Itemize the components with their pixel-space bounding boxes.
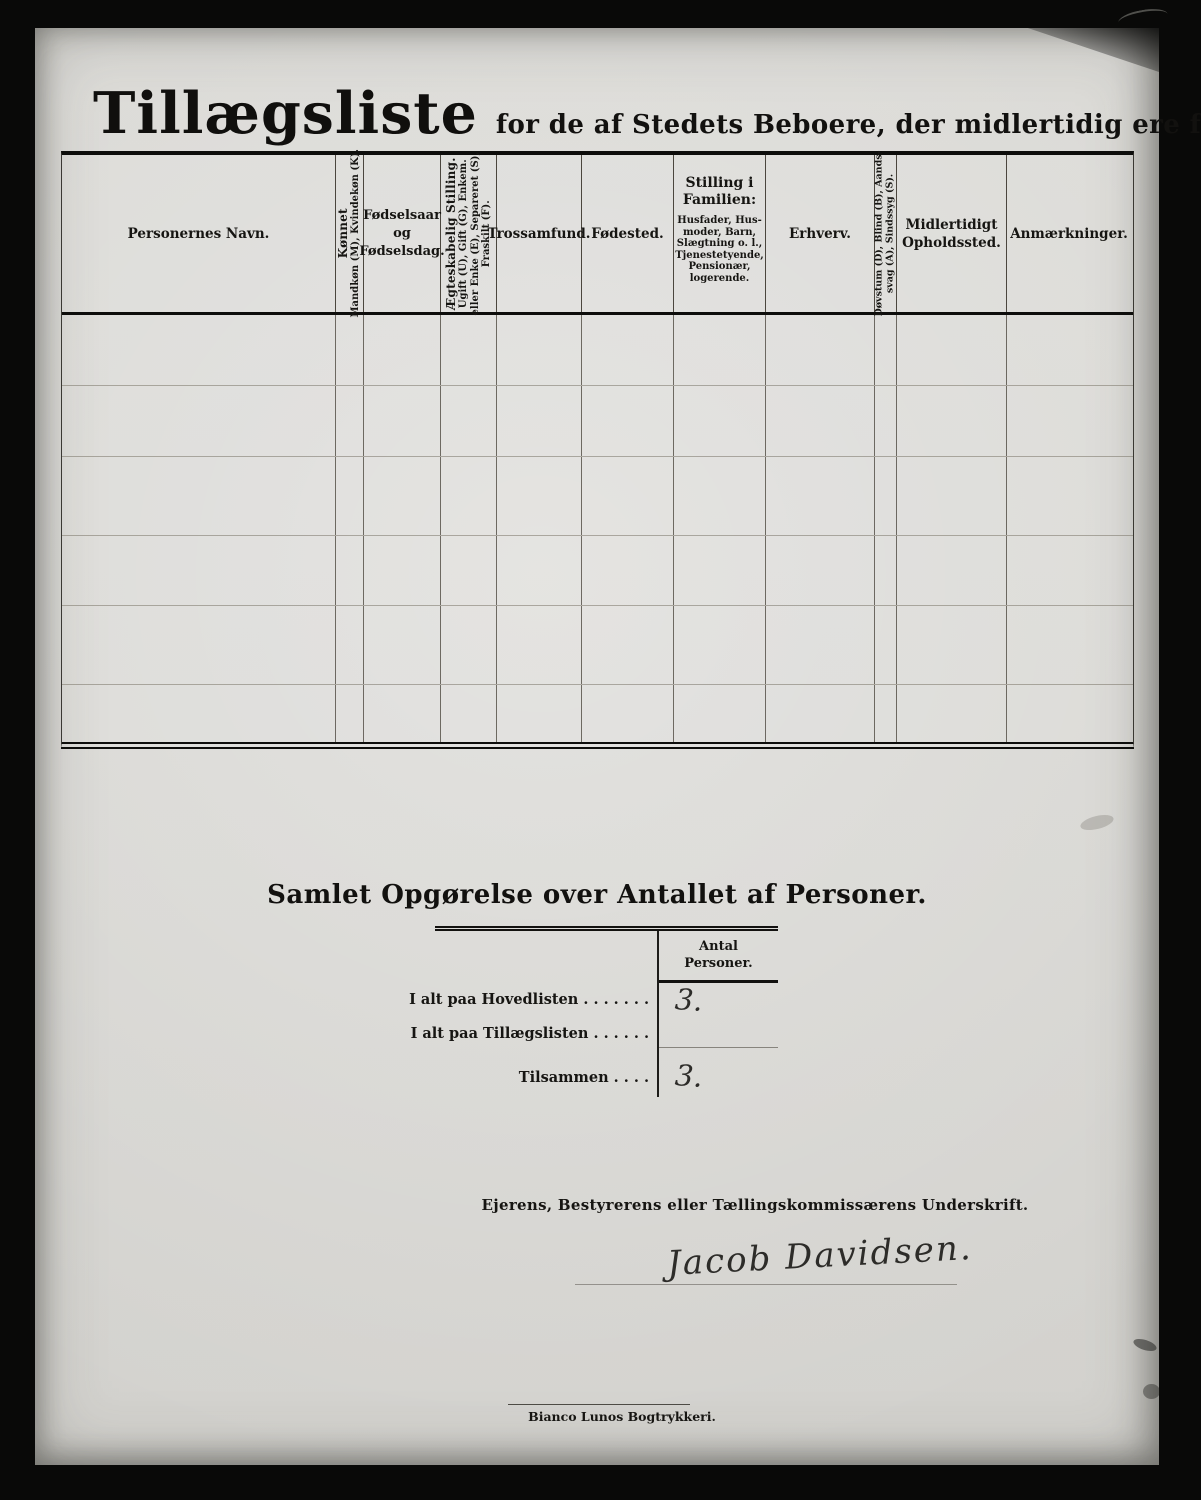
table-cell bbox=[497, 315, 582, 385]
table-row bbox=[62, 386, 1133, 457]
table-cell bbox=[875, 457, 897, 535]
table-cell bbox=[674, 606, 766, 684]
table-cell bbox=[582, 606, 674, 684]
table-cell bbox=[497, 685, 582, 742]
column-header-aegteskabelig-stilling: Ægteskabelig Stilling. Ugift (U), Gift (… bbox=[441, 155, 497, 312]
table-cell bbox=[336, 457, 364, 535]
summary-tilsammen-value-handwritten: 3. bbox=[674, 1058, 704, 1094]
table-cell bbox=[336, 315, 364, 385]
table-cell bbox=[875, 536, 897, 605]
signature-handwritten: Jacob Davidsen. bbox=[666, 1228, 973, 1284]
table-cell bbox=[1007, 685, 1131, 742]
table-cell bbox=[897, 606, 1007, 684]
table-cell bbox=[766, 685, 875, 742]
table-cell bbox=[674, 457, 766, 535]
census-table: Personernes Navn. Kønnet Mandkøn (M), Kv… bbox=[61, 151, 1134, 749]
table-cell bbox=[674, 315, 766, 385]
table-cell bbox=[62, 457, 336, 535]
summary-row-tilsammen-label: Tilsammen . . . . bbox=[395, 1069, 649, 1086]
census-table-body bbox=[62, 315, 1133, 742]
table-cell bbox=[62, 315, 336, 385]
table-cell bbox=[582, 536, 674, 605]
column-header-stilling-i-familien: Stilling i Familien: Husfader, Hus- mode… bbox=[674, 155, 766, 312]
table-cell bbox=[364, 685, 441, 742]
table-cell bbox=[674, 386, 766, 456]
summary-row-hovedlisten-label: I alt paa Hovedlisten . . . . . . . bbox=[395, 991, 649, 1008]
table-cell bbox=[364, 386, 441, 456]
table-cell bbox=[897, 685, 1007, 742]
table-row bbox=[62, 457, 1133, 536]
table-cell bbox=[62, 536, 336, 605]
table-cell bbox=[875, 606, 897, 684]
table-cell bbox=[582, 457, 674, 535]
scan-smudge bbox=[1143, 1384, 1160, 1399]
table-cell bbox=[766, 606, 875, 684]
table-cell bbox=[1007, 536, 1131, 605]
column-header-doevstum: Døvstum (D), Blind (B), Aands- svag (A),… bbox=[875, 155, 897, 312]
table-cell bbox=[897, 315, 1007, 385]
census-table-header: Personernes Navn. Kønnet Mandkøn (M), Kv… bbox=[62, 155, 1133, 315]
table-cell bbox=[875, 315, 897, 385]
column-header-foedselsaar: Fødselsaar og Fødselsdag. bbox=[364, 155, 441, 312]
table-cell bbox=[336, 386, 364, 456]
page-title-tail: for de af Stedets Beboere, der midlertid… bbox=[496, 110, 1201, 140]
table-cell bbox=[1007, 386, 1131, 456]
table-cell bbox=[441, 606, 497, 684]
table-cell bbox=[497, 386, 582, 456]
table-cell bbox=[674, 685, 766, 742]
table-row bbox=[62, 536, 1133, 606]
page-title-main: Tillægsliste bbox=[93, 80, 478, 147]
scan-smudge bbox=[1079, 812, 1115, 833]
table-cell bbox=[364, 457, 441, 535]
signature-caption: Ejerens, Bestyrerens eller Tællingskommi… bbox=[435, 1196, 1075, 1214]
table-cell bbox=[441, 685, 497, 742]
koennet-label: Kønnet bbox=[337, 149, 350, 318]
table-cell bbox=[582, 315, 674, 385]
table-cell bbox=[875, 685, 897, 742]
column-header-anmaerkninger: Anmærkninger. bbox=[1007, 155, 1131, 312]
table-cell bbox=[582, 685, 674, 742]
table-cell bbox=[497, 457, 582, 535]
table-cell bbox=[766, 457, 875, 535]
summary-row-tillaegslisten-label: I alt paa Tillægslisten . . . . . . bbox=[395, 1025, 649, 1042]
table-cell bbox=[441, 386, 497, 456]
table-row bbox=[62, 315, 1133, 386]
summary-column-header: Antal Personer. bbox=[659, 938, 778, 972]
table-cell bbox=[897, 536, 1007, 605]
column-header-erhverv: Erhverv. bbox=[766, 155, 875, 312]
column-header-trossamfund: Trossamfund. bbox=[497, 155, 582, 312]
table-cell bbox=[497, 536, 582, 605]
scan-smudge bbox=[1132, 1337, 1158, 1354]
summary-hovedlisten-value-handwritten: 3. bbox=[674, 982, 704, 1018]
table-cell bbox=[1007, 315, 1131, 385]
table-cell bbox=[766, 386, 875, 456]
table-cell bbox=[441, 536, 497, 605]
table-cell bbox=[62, 386, 336, 456]
table-cell bbox=[766, 315, 875, 385]
column-header-foedested: Fødested. bbox=[582, 155, 674, 312]
table-cell bbox=[364, 315, 441, 385]
koennet-sublabel: Mandkøn (M), Kvindekøn (K). bbox=[350, 149, 362, 318]
table-row bbox=[62, 606, 1133, 685]
table-cell bbox=[497, 606, 582, 684]
table-cell bbox=[441, 457, 497, 535]
table-cell bbox=[1007, 606, 1131, 684]
table-cell bbox=[336, 685, 364, 742]
table-cell bbox=[897, 457, 1007, 535]
table-cell bbox=[364, 536, 441, 605]
table-cell bbox=[875, 386, 897, 456]
table-cell bbox=[766, 536, 875, 605]
printer-rule bbox=[508, 1404, 690, 1405]
table-cell bbox=[336, 606, 364, 684]
table-cell bbox=[897, 386, 1007, 456]
printer-imprint: Bianco Lunos Bogtrykkeri. bbox=[457, 1409, 787, 1424]
scanned-sheet: Tillægsliste for de af Stedets Beboere, … bbox=[35, 28, 1159, 1465]
summary-heading: Samlet Opgørelse over Antallet af Person… bbox=[35, 880, 1159, 910]
table-cell bbox=[336, 536, 364, 605]
table-cell bbox=[62, 685, 336, 742]
table-cell bbox=[674, 536, 766, 605]
table-cell bbox=[364, 606, 441, 684]
table-cell bbox=[582, 386, 674, 456]
table-cell bbox=[441, 315, 497, 385]
table-cell bbox=[62, 606, 336, 684]
signature-line bbox=[575, 1284, 957, 1285]
summary-table: Antal Personer. I alt paa Hovedlisten . … bbox=[435, 926, 778, 1097]
page-title: Tillægsliste for de af Stedets Beboere, … bbox=[93, 80, 1201, 147]
column-header-koennet: Kønnet Mandkøn (M), Kvindekøn (K). bbox=[336, 155, 364, 312]
column-header-midlertidigt-opholdssted: Midlertidigt Opholdssted. bbox=[897, 155, 1007, 312]
table-cell bbox=[1007, 457, 1131, 535]
column-header-personernes-navn: Personernes Navn. bbox=[62, 155, 336, 312]
scan-corner-shadow bbox=[999, 28, 1159, 72]
summary-mid-rule bbox=[659, 1047, 778, 1048]
table-row bbox=[62, 685, 1133, 742]
